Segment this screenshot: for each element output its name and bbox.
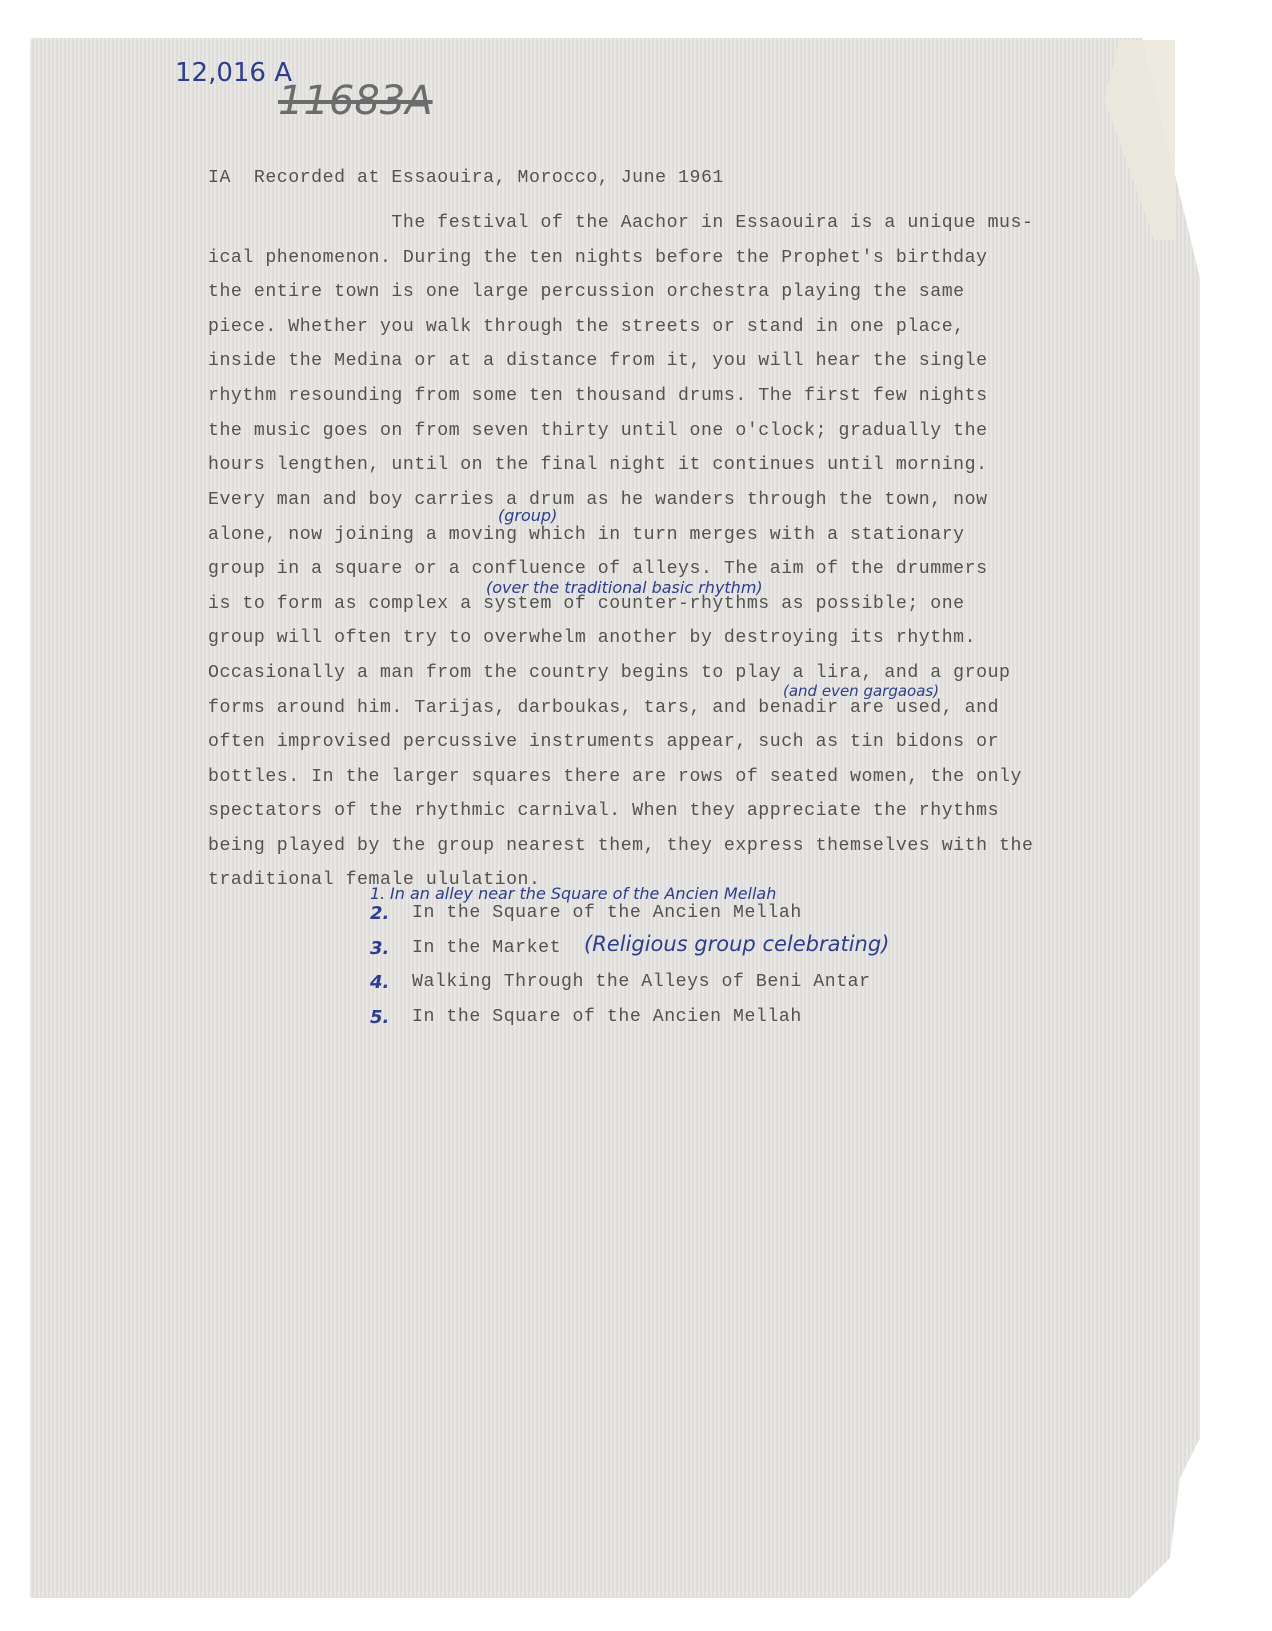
document-heading: IA Recorded at Essaouira, Morocco, June …: [208, 168, 724, 188]
body-line: bottles. In the larger squares there are…: [208, 767, 1022, 787]
track-number: 1.: [370, 884, 385, 903]
insertion-gargaoas: (and even gargaoas): [783, 682, 939, 700]
body-line: piece. Whether you walk through the stre…: [208, 317, 965, 337]
body-line: inside the Medina or at a distance from …: [208, 351, 988, 371]
track-number: 2.: [370, 903, 389, 924]
track-title: Walking Through the Alleys of Beni Antar: [412, 972, 871, 992]
insertion-group: (group): [498, 506, 557, 525]
body-line: Every man and boy carries a drum as he w…: [208, 490, 988, 510]
track-number: 4.: [370, 972, 389, 993]
track-number: 3.: [370, 938, 389, 959]
body-line: rhythm resounding from some ten thousand…: [208, 386, 988, 406]
track-title: In the Square of the Ancien Mellah: [412, 903, 802, 923]
track-title: In an alley near the Square of the Ancie…: [390, 884, 776, 903]
body-line: is to form as complex a system of counte…: [208, 594, 965, 614]
catalog-number-pencil: 11683A: [278, 78, 433, 124]
body-line: hours lengthen, until on the final night…: [208, 455, 988, 475]
body-line: spectators of the rhythmic carnival. Whe…: [208, 801, 999, 821]
body-line: ical phenomenon. During the ten nights b…: [208, 248, 988, 268]
body-line: alone, now joining a moving which in tur…: [208, 525, 965, 545]
track-number: 5.: [370, 1007, 389, 1028]
body-line: forms around him. Tarijas, darboukas, ta…: [208, 698, 999, 718]
document-body: The festival of the Aachor in Essaouira …: [208, 213, 231, 633]
body-line: the entire town is one large percussion …: [208, 282, 965, 302]
body-line: group will often try to overwhelm anothe…: [208, 628, 976, 648]
catalog-number-ink: 12,016 A: [175, 58, 292, 88]
track-title: In the Market: [412, 938, 561, 958]
body-line: the music goes on from seven thirty unti…: [208, 421, 988, 441]
body-line: group in a square or a confluence of all…: [208, 559, 988, 579]
track-title: In the Square of the Ancien Mellah: [412, 1007, 802, 1027]
body-line: The festival of the Aachor in Essaouira …: [208, 213, 1033, 233]
body-line: Occasionally a man from the country begi…: [208, 663, 1011, 683]
body-line: often improvised percussive instruments …: [208, 732, 999, 752]
track-note: (Religious group celebrating): [584, 932, 889, 956]
insertion-rhythm: (over the traditional basic rhythm): [486, 578, 763, 597]
body-line: being played by the group nearest them, …: [208, 836, 1033, 856]
